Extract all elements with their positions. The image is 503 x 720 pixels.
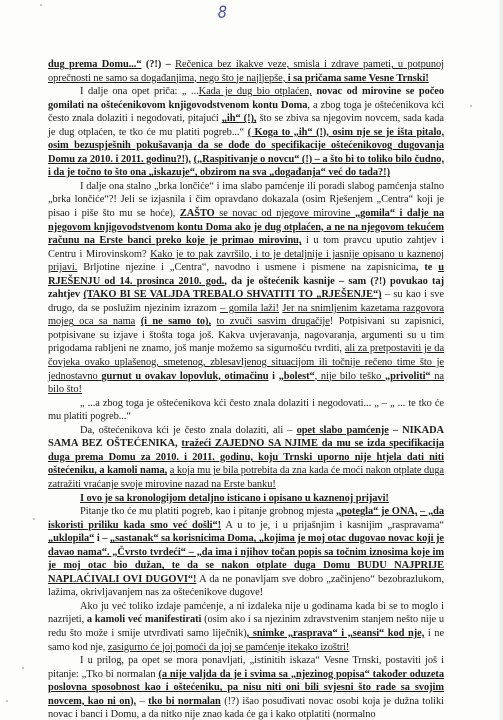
page-edge-shadow	[499, 0, 503, 720]
emphasized-text: „bolest“	[279, 371, 315, 382]
text-run: „ ...a zbog toga je oštećenikova kći čes…	[48, 398, 444, 423]
paragraph: „ ...a zbog toga je oštećenikova kći čes…	[48, 397, 444, 424]
emphasized-text: „ih“ (!),	[222, 113, 257, 124]
emphasized-text: i	[268, 371, 278, 382]
paragraph: Da, oštećenikova kći je često znala dola…	[48, 424, 444, 492]
emphasized-text: , te	[416, 262, 438, 273]
scan-speck	[470, 105, 472, 107]
paragraph: Ako ju već toliko izdaje pamćenje, a ni …	[48, 600, 444, 654]
document-body: dug prema Domu...“ (?!) – Rečenica bez i…	[48, 58, 444, 720]
emphasized-text: zasigurno će joj pomoći da joj se pamćen…	[108, 642, 349, 653]
emphasized-text: I ovo je sa kronologijom detaljno istica…	[80, 493, 389, 504]
handwritten-page-number: 8	[218, 3, 227, 23]
emphasized-text: , snimke „rasprava“ i „seansi“ kod nje,	[247, 628, 425, 639]
emphasized-text: i sa pričama same Vesne Trnski!	[288, 73, 429, 84]
emphasized-text: „uklopila“	[48, 533, 94, 544]
emphasized-text: „privoliti“	[385, 371, 431, 382]
scan-speck	[22, 667, 24, 669]
text-run: A u to je, i u prijašnjim i kasnijim „ra…	[221, 520, 444, 531]
scan-speck	[6, 700, 8, 702]
text-run: I dalje ona opet priča: „ ...	[80, 86, 199, 97]
emphasized-text: tko bi normalan	[148, 696, 221, 707]
emphasized-text: , nije bilo teško	[315, 371, 385, 382]
emphasized-text: i –	[94, 533, 110, 544]
emphasized-text: to zvuči sasvim drugačije	[216, 316, 329, 327]
emphasized-text: gurnut u ovakav lopovluk, otimačinu	[101, 371, 268, 382]
scan-speck	[33, 518, 35, 520]
scan-speck	[40, 4, 42, 6]
emphasized-text: (i ne samo to),	[141, 316, 211, 327]
emphasized-text: ZAŠTO	[180, 208, 215, 219]
paragraph: I dalje ona opet priča: „ ...Kada je dug…	[48, 85, 444, 180]
emphasized-text: opet slabo pamćenje	[297, 425, 389, 436]
emphasized-text: (?!) –	[142, 59, 176, 70]
text-run: Da, oštećenikova kći je često znala dola…	[80, 425, 297, 436]
emphasized-text: (TAKO BI SE VALJDA TREBALO SHVATITI TO „…	[83, 289, 381, 300]
paragraph: I ovo je sa kronologijom detaljno istica…	[48, 492, 444, 506]
paragraph: I dalje ona stalno „brka lončiće“ i ima …	[48, 180, 444, 397]
emphasized-text: dug prema Domu...“	[48, 59, 142, 70]
text-run: –	[136, 696, 148, 707]
emphasized-text: a kamoli već manifestirati	[87, 614, 201, 625]
text-run: Pitanje tko će mu platiti pogreb, kao i …	[80, 506, 336, 517]
emphasized-text: Kada je dug bio otplaćen,	[199, 86, 312, 97]
emphasized-text: ne samo sa događanjima, nego što je najl…	[91, 73, 288, 84]
emphasized-text: se novac od njegove mirovine	[215, 208, 355, 219]
paragraph: Pitanje tko će mu platiti pogreb, kao i …	[48, 505, 444, 600]
emphasized-text: – gomila laži!	[220, 303, 279, 314]
text-run: Brljotine njezine i „Centra“, navodno i …	[77, 262, 416, 273]
paragraph: dug prema Domu...“ (?!) – Rečenica bez i…	[48, 58, 444, 85]
emphasized-text: „potegla“ je ONA,	[336, 506, 417, 517]
paragraph: I u prilog, pa opet se mora ponavljati, …	[48, 654, 444, 720]
